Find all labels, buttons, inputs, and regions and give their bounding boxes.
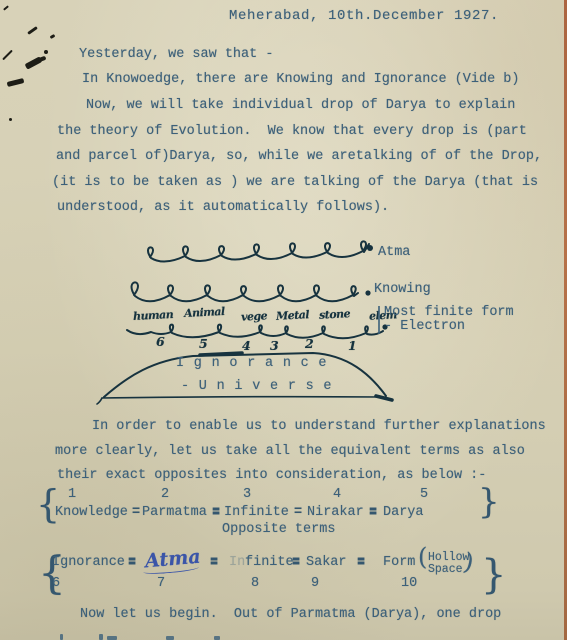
electron-caption-line1: Most finite form	[384, 306, 514, 320]
body-line: In order to enable us to understand furt…	[92, 420, 546, 434]
equals-sign: =	[132, 506, 140, 520]
term-darya: Darya	[383, 506, 424, 520]
equals-sign: =	[369, 506, 377, 520]
ignorance-label: I g n o r a n c e	[176, 357, 327, 371]
body-line: Now, we will take individual drop of Dar…	[86, 99, 515, 113]
equals-sign: =	[212, 506, 220, 520]
table-number: 1	[68, 488, 76, 502]
equals-sign: =	[210, 556, 218, 570]
universe-label: - U n i v e r s e	[181, 380, 332, 394]
body-line: the theory of Evolution. We know that ev…	[57, 125, 527, 139]
table-number: 7	[157, 577, 165, 591]
table-number: 6	[52, 577, 60, 591]
ink-smudge	[44, 50, 48, 54]
body-line: Yesterday, we saw that -	[79, 48, 273, 62]
table-brace-close: }	[478, 482, 500, 522]
table-number: 5	[420, 488, 428, 502]
opposite-terms-label: Opposite terms	[222, 523, 335, 537]
body-line: their exact opposites into consideration…	[57, 469, 486, 483]
term-ignorance: Ignorance	[52, 556, 125, 570]
table-number: 2	[161, 488, 169, 502]
term-parmatma: Parmatma	[142, 506, 207, 520]
equals-sign: =	[128, 556, 136, 570]
clipped-line-fragment	[60, 634, 63, 640]
hollow-paren-close: )	[463, 554, 475, 570]
ink-smudge	[3, 5, 9, 10]
table-number: 9	[311, 577, 319, 591]
term-nirakar: Nirakar	[307, 506, 364, 520]
body-line: more clearly, let us take all the equiva…	[55, 445, 525, 459]
body-line: (it is to be taken as ) we are talking o…	[52, 176, 538, 190]
ink-smudge	[7, 78, 25, 87]
ink-smudge	[27, 26, 38, 35]
body-line: and parcel of)Darya, so, while we aretal…	[56, 150, 542, 164]
table-brace-close: }	[481, 552, 506, 598]
space-word: Space	[428, 563, 463, 577]
scanned-typewritten-page: Meherabad, 10th.December 1927. Yesterday…	[0, 0, 567, 640]
ink-smudge	[50, 34, 56, 39]
table-number: 3	[243, 488, 251, 502]
term-knowledge: Knowledge	[55, 506, 128, 520]
term-form: Form	[383, 556, 415, 570]
body-line: In Knowoedge, there are Knowing and Igno…	[82, 73, 519, 87]
term-infinite: Infinite	[224, 506, 289, 520]
faded-prefix-in: In	[229, 556, 245, 570]
hollow-paren-open: (	[418, 550, 427, 564]
body-line: Now let us begin. Out of Parmatma (Darya…	[80, 608, 501, 622]
term-sakar: Sakar	[306, 556, 347, 570]
universe-arch-drawing	[98, 346, 400, 404]
dateline: Meherabad, 10th.December 1927.	[229, 9, 499, 23]
equals-sign: =	[294, 506, 302, 520]
caption-brace-mark	[378, 306, 380, 334]
table-number: 4	[333, 488, 341, 502]
handwritten-word-animal: Animal	[184, 305, 225, 320]
table-number: 10	[401, 577, 417, 591]
ink-smudge	[2, 50, 13, 61]
atma-label: Atma	[378, 246, 410, 260]
ink-smudge	[9, 118, 12, 121]
equals-sign: =	[292, 556, 300, 570]
knowing-label: Knowing	[374, 283, 431, 297]
clipped-line-fragment	[214, 636, 220, 640]
table-number: 8	[251, 577, 259, 591]
clipped-line-fragment	[166, 636, 174, 640]
equals-sign: =	[357, 556, 365, 570]
atma-loops-drawing	[140, 240, 390, 266]
electron-caption-line2: - Electron	[384, 320, 465, 334]
clipped-line-fragment	[107, 636, 117, 640]
term-finite: finite	[245, 556, 294, 570]
body-line: understood, as it automatically follows)…	[57, 201, 389, 215]
clipped-line-fragment	[99, 634, 103, 640]
knowing-loops-drawing	[126, 277, 381, 305]
